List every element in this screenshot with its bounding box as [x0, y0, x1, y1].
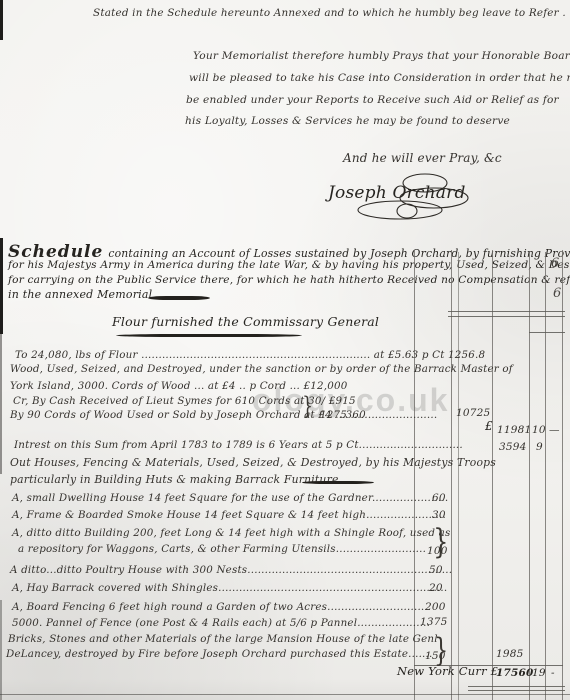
- ledger-row-fence-pannel: 5000. Pannel of Fence (one Post & 4 Rail…: [12, 617, 430, 629]
- document-page: ology.co.uk Stated in the Schedule hereu…: [0, 0, 570, 700]
- page-edge-mark: [0, 0, 3, 40]
- ledger-row-building-2: a repository for Waggons, Carts, & other…: [18, 543, 426, 555]
- memorial-paragraph-line-3: be enabled under your Reports to Receive…: [186, 94, 559, 106]
- ledger-row-outhouses-2: particularly in Building Huts & making B…: [10, 473, 339, 486]
- amount-smokehouse: 30: [432, 509, 446, 521]
- amount-interest-shillings: 9: [536, 441, 543, 453]
- schedule-heading-line-3: for carrying on the Public Service there…: [8, 274, 570, 286]
- schedule-heading-line-4: in the annexed Memorial: [8, 288, 152, 301]
- amount-subtotal-pounds: 11981: [497, 424, 531, 436]
- ledger-total-underline: [468, 690, 565, 691]
- page-bottom-rule: [0, 694, 570, 695]
- outhouses-swash: [302, 481, 374, 484]
- page-edge-mark: [0, 334, 2, 474]
- schedule-subheading: Flour furnished the Commissary General: [112, 314, 379, 329]
- ledger-column-rule: [451, 250, 452, 700]
- memorial-paragraph-line-4: his Loyalty, Losses & Services he may be…: [185, 115, 510, 127]
- ledger-row-interest: Intrest on this Sum from April 1783 to 1…: [14, 439, 463, 451]
- ledger-row-rule: [448, 311, 565, 312]
- currency-mark: £: [485, 419, 493, 433]
- ledger-row-dwelling: A, small Dwelling House 14 feet Square f…: [12, 492, 448, 504]
- total-label: New York Curr £: [397, 664, 498, 678]
- memorial-closing-line: And he will ever Pray, &c: [343, 151, 502, 165]
- signature-block: Joseph Orchard: [322, 173, 472, 223]
- ink-flourish: 6: [551, 256, 559, 271]
- schedule-heading-line-2: for his Majestys Army in America during …: [8, 259, 570, 271]
- credit-brace: }: [302, 392, 313, 420]
- amount-hay-barrack: 20: [429, 582, 443, 594]
- ledger-credit-sum: 1275 .........................: [320, 409, 437, 421]
- amount-building: 100: [427, 545, 448, 557]
- ledger-row-bricks-1: Bricks, Stones and other Materials of th…: [8, 633, 438, 645]
- amount-interest-pounds: 3594: [499, 441, 527, 453]
- ledger-row-bricks-2: DeLancey, destroyed by Fire before Josep…: [6, 648, 432, 660]
- amount-section-total: 1985: [496, 648, 524, 660]
- ledger-column-rule: [492, 250, 493, 700]
- memorial-stated-line: Stated in the Schedule hereunto Annexed …: [93, 7, 566, 19]
- amount-subtotal-shillings: 10: [532, 424, 546, 436]
- memorial-paragraph-line-2: will be pleased to take his Case into Co…: [189, 72, 570, 84]
- ledger-row-wood-1: Wood, Used, Seized, and Destroyed, under…: [10, 363, 513, 375]
- subheading-underline: [116, 334, 302, 337]
- amount-subtotal-pence: —: [549, 424, 560, 436]
- page-edge-mark: [0, 238, 3, 334]
- ledger-row-building-1: A, ditto ditto Building 200, feet Long &…: [12, 527, 450, 539]
- amount-board-fencing: 200: [425, 601, 446, 613]
- ink-flourish: 6: [553, 286, 561, 301]
- memorial-paragraph-line-1: Your Memorialist therefore humbly Prays …: [193, 50, 570, 62]
- amount-grand-total-shillings: 19: [532, 667, 546, 679]
- heading-swash: [148, 296, 210, 300]
- ledger-row-rule: [529, 332, 565, 333]
- amount-grand-total-pence: -: [551, 667, 555, 679]
- ledger-row-outhouses-1: Out Houses, Fencing & Materials, Used, S…: [10, 456, 496, 469]
- ledger-row-hay-barrack: A, Hay Barrack covered with Shingles....…: [12, 582, 447, 594]
- signature: Joseph Orchard: [328, 183, 466, 203]
- page-edge-mark: [0, 600, 2, 700]
- amount-fence-pannel: 1375: [420, 616, 448, 628]
- ledger-column-rule: [562, 250, 563, 700]
- amount-grand-total-pounds: 17560: [496, 667, 534, 679]
- ledger-row-board-fencing: A, Board Fencing 6 feet high round a Gar…: [12, 601, 428, 613]
- ledger-column-rule: [458, 252, 459, 700]
- ledger-total-underline: [468, 686, 565, 687]
- amount-wood-net: 10725: [456, 407, 490, 419]
- amount-poultry: 50: [429, 564, 443, 576]
- amount-dwelling: 60: [432, 492, 446, 504]
- amount-bricks: 150: [425, 650, 446, 662]
- ledger-row-smokehouse: A, Frame & Boarded Smoke House 14 feet S…: [12, 509, 446, 521]
- ledger-row-flour: To 24,080, lbs of Flour ................…: [15, 349, 485, 361]
- ledger-row-wood-2: York Island, 3000. Cords of Wood ... at …: [10, 380, 347, 392]
- ledger-column-rule: [529, 252, 530, 700]
- ledger-row-poultry: A ditto...ditto Poultry House with 300 N…: [10, 564, 452, 576]
- ledger-column-rule: [545, 252, 546, 700]
- ledger-row-rule: [448, 316, 565, 317]
